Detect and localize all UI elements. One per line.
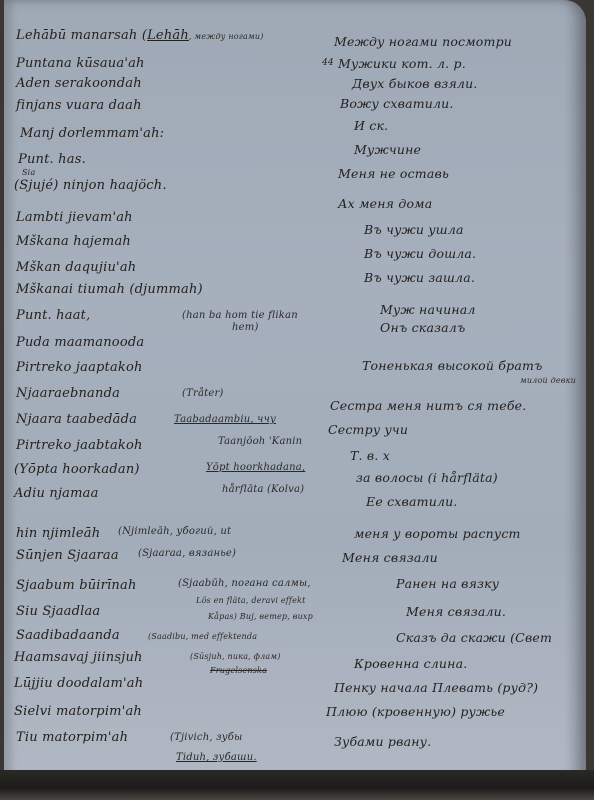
right-line-17: за волосы (i hårfläta) xyxy=(356,470,498,485)
left-line-22-note: (Sjaabūh, погана салмы, xyxy=(178,578,311,589)
left-line-23: Siu Sjaadlaa xyxy=(16,604,100,619)
left-line-3: Aden serakoondah xyxy=(16,76,142,91)
marginal-note-han: (han ba hom tie flikan xyxy=(182,310,298,321)
right-line-13: Тоненькая высокой братъ xyxy=(362,358,543,373)
right-line-7: Меня не оставь xyxy=(338,166,449,181)
left-line-7: (Sjujé) ninjon haajöch. xyxy=(14,178,167,193)
left-line-19-note: hårflāta (Kolva) xyxy=(222,484,304,495)
left-line-21-note: (Sjaaraa, вязанье) xyxy=(138,548,236,559)
right-line-15: Сестру учи xyxy=(328,422,408,437)
left-line-9: Mškana hajemah xyxy=(16,234,131,249)
right-line-24: Кровенна слина. xyxy=(354,656,467,671)
right-line-3: Двух быков взяли. xyxy=(352,76,478,91)
left-line-28-note: (Tjivich, зубы xyxy=(170,732,242,743)
right-line-27: Зубами рвану. xyxy=(334,734,431,749)
right-line-12-sub: Онъ сказалъ xyxy=(380,320,465,335)
left-line-16-note: Taabadaambiu, ччу xyxy=(174,414,276,425)
right-line-20: Меня связали xyxy=(342,550,438,565)
left-line-28: Tiu matorpim'ah xyxy=(16,730,128,745)
left-line-17-note: Taanjōoh 'Kanin xyxy=(218,436,302,447)
left-line-24: Saadibadaanda xyxy=(16,628,120,643)
right-line-14: Сестра меня нитъ ся тебе. xyxy=(330,398,526,413)
right-line-8: Ах меня дома xyxy=(338,196,432,211)
left-line-14: Pirtreko jaaptakoh xyxy=(16,360,143,375)
left-line-2: Puntana kūsaua'ah xyxy=(16,56,145,71)
right-line-21: Ранен на вязку xyxy=(396,576,499,591)
left-line-4: finjans vuara daah xyxy=(16,98,142,113)
left-line-6: Punt. has. xyxy=(18,152,86,167)
right-line-6: Мужчине xyxy=(354,142,421,157)
marginal-note-hem: hem) xyxy=(232,322,259,333)
right-line-16: Т. в. х xyxy=(350,448,390,463)
right-line-25: Пенку начала Плевать (руд?) xyxy=(334,680,538,695)
left-line-22: Sjaabum būirīnah xyxy=(16,578,137,593)
left-line-27: Sielvi matorpim'ah xyxy=(14,704,142,719)
left-line-25: Haamsavaj jiinsjuh xyxy=(14,650,143,665)
left-line-24-note: (Saadibu, med effektenda xyxy=(148,632,257,641)
left-line-12: Punt. haat, xyxy=(16,308,90,323)
left-line-11: Mškanai tiumah (djummah) xyxy=(16,282,203,297)
right-line-26: Плюю (кровенную) ружье xyxy=(326,704,505,719)
right-line-2: Мужики кот. л. р. xyxy=(338,56,466,71)
left-line-29-note: Tiduh, зубаши. xyxy=(176,752,257,763)
right-line-1: Между ногами посмотри xyxy=(334,34,512,49)
page-bottom-shadow xyxy=(0,770,594,800)
right-line-22: Меня связали. xyxy=(406,604,506,619)
left-line-21: Sūnjen Sjaaraa xyxy=(16,548,119,563)
right-line-13-note: милой девки xyxy=(520,376,576,385)
right-line-11: Въ чужи зашла. xyxy=(364,270,475,285)
left-line-10: Mškan daqujiu'ah xyxy=(16,260,136,275)
left-line-23-note: Lös en fläta, deravi effekt xyxy=(196,596,306,605)
right-line-4: Вожу схватили. xyxy=(340,96,454,111)
right-line-2-margin: 44 xyxy=(322,58,334,68)
right-line-23: Сказъ да скажи (Свет xyxy=(396,630,552,645)
left-line-15: Njaaraebnanda xyxy=(16,386,120,401)
left-line-17: Pirtreko jaabtakoh xyxy=(16,438,143,453)
marginal-note-kapas: Kåpas) Buj, ветер, вихр xyxy=(208,612,313,621)
right-line-9: Въ чужи ушла xyxy=(364,222,464,237)
left-line-15-note: (Tråter) xyxy=(182,388,224,399)
left-line-18-note: Yōpt hoorkhadana, xyxy=(206,462,305,473)
left-line-20-note: (Njimleāh, убогий, ut xyxy=(118,526,231,537)
left-line-19: Adiu njamaa xyxy=(14,486,99,501)
left-line-7-superscript: Sia xyxy=(22,168,35,177)
struck-note: Frugelsenska xyxy=(210,666,267,675)
right-line-18: Ее схватили. xyxy=(366,494,458,509)
left-line-1: Lehābū manarsah (Lehāh, между ногами) xyxy=(16,28,264,43)
right-line-5: И ск. xyxy=(354,118,388,133)
right-line-19: меня у вороты распуст xyxy=(354,526,521,541)
left-line-13: Puda maamanooda xyxy=(16,335,144,350)
left-line-26: Lūjjiu doodalam'ah xyxy=(14,676,143,691)
right-line-12: Муж начинал xyxy=(380,302,476,317)
left-line-18: (Yōpta hoorkadan) xyxy=(14,462,140,477)
left-line-8: Lambti jievam'ah xyxy=(16,210,133,225)
left-line-25-note: (Sūsjuh, пика, флам) xyxy=(190,652,281,661)
left-line-16: Njaara taabedāda xyxy=(16,412,137,427)
left-line-5: Manj dorlemmam'ah: xyxy=(20,126,164,141)
left-line-20: hin njimleāh xyxy=(16,526,100,541)
right-line-10: Въ чужи дошла. xyxy=(364,246,476,261)
